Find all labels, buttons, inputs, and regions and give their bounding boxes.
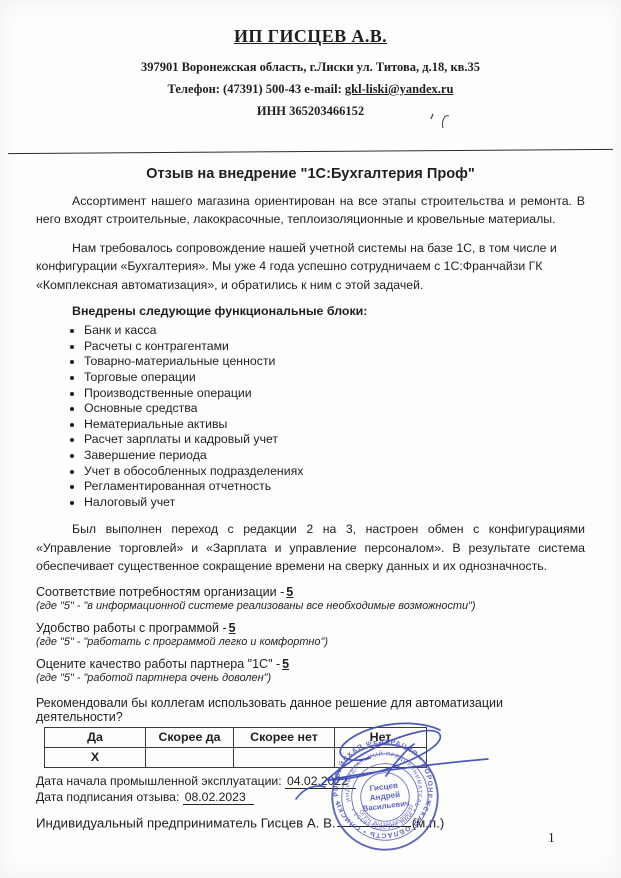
paragraph-line: конфигурации «Бухгалтерия». Мы уже 4 год… [36,257,585,275]
document-title: Отзыв на внедрение "1С:Бухгалтерия Проф" [36,166,585,182]
handwritten-signature [290,714,502,810]
company-inn: ИНН 365203466152 [0,104,621,119]
rating-note: (где "5" - "в информационной системе реа… [36,600,585,612]
recommend-table-answer-cell [146,747,234,767]
company-address: 397901 Воронежская область, г.Лиски ул. … [0,60,621,75]
rating-label: Соответствие потребностям организации - [36,585,284,599]
ratings: Соответствие потребностям организации -5… [36,585,585,684]
rating-label: Оцените качество работы партнера "1С" - [36,657,280,671]
recommend-table-header-cell: Скорее да [146,727,234,747]
date-sign-value: 08.02.2023 [183,790,254,805]
paragraph-line: Нам требовалось сопровождение нашей учет… [36,239,585,257]
block-item: Товарно-материальные ценности [84,354,585,370]
rating-fit: Соответствие потребностям организации -5… [36,585,585,612]
rating-note: (где "5" - "работать с программой легко … [36,636,585,648]
recommend-table-answer-cell: Х [45,747,146,767]
block-item: Налоговый учет [84,495,585,511]
block-item: Регламентированная отчетность [84,479,585,495]
date-start-label: Дата начала промышленной эксплуатации: [36,774,282,788]
rating-score: 5 [280,657,289,671]
block-item: Учет в обособленных подразделениях [84,464,585,480]
block-item: Банк и касса [84,323,585,339]
date-sign-label: Дата подписания отзыва: [36,790,179,804]
signatory-label: Индивидуальный предприниматель Гисцев А.… [36,815,336,830]
letterhead: ИП ГИСЦЕВ А.В. 397901 Воронежская област… [0,0,621,119]
rating-score: 5 [284,585,293,599]
rating-usability: Удобство работы с программой -5 (где "5"… [36,621,585,648]
company-email: gkl-liski@yandex.ru [345,82,454,96]
scanned-document-page: ИП ГИСЦЕВ А.В. 397901 Воронежская област… [0,0,621,878]
block-item: Завершение периода [84,448,585,464]
block-item: Расчеты с контрагентами [84,339,585,355]
rating-label: Удобство работы с программой - [36,621,227,635]
rating-score: 5 [227,621,236,635]
paragraph-migration: Был выполнен переход с редакции 2 на 3, … [36,520,585,575]
functional-blocks-list: Банк и кассаРасчеты с контрагентамиТовар… [36,323,585,510]
block-item: Нематериальные активы [84,417,585,433]
rating-partner: Оцените качество работы партнера "1С" -5… [36,657,585,684]
block-item: Основные средства [84,401,585,417]
rating-note: (где "5" - "работой партнера очень довол… [36,672,585,684]
signatory-line: Индивидуальный предприниматель Гисцев А.… [36,814,585,831]
blocks-heading: Внедрены следующие функциональные блоки: [36,304,585,318]
block-item: Расчет зарплаты и кадровый учет [84,432,585,448]
company-name: ИП ГИСЦЕВ А.В. [0,26,621,47]
paragraph-line: «Комплексная автоматизация», и обратилис… [36,276,585,294]
letterhead-divider [8,149,613,154]
paragraph-requirements: Нам требовалось сопровождение нашей учет… [36,239,585,294]
pen-mark [428,112,452,130]
block-item: Производственные операции [84,386,585,402]
company-contacts: Телефон: (47391) 500-43 e-mail: gkl-lisk… [0,82,621,97]
paragraph-assortment: Ассортимент нашего магазина ориентирован… [36,192,585,229]
phone-label: Телефон: (47391) 500-43 e-mail: [168,82,345,96]
block-item: Торговые операции [84,370,585,386]
recommend-table-header-cell: Да [45,727,146,747]
page-number: 1 [548,830,555,846]
